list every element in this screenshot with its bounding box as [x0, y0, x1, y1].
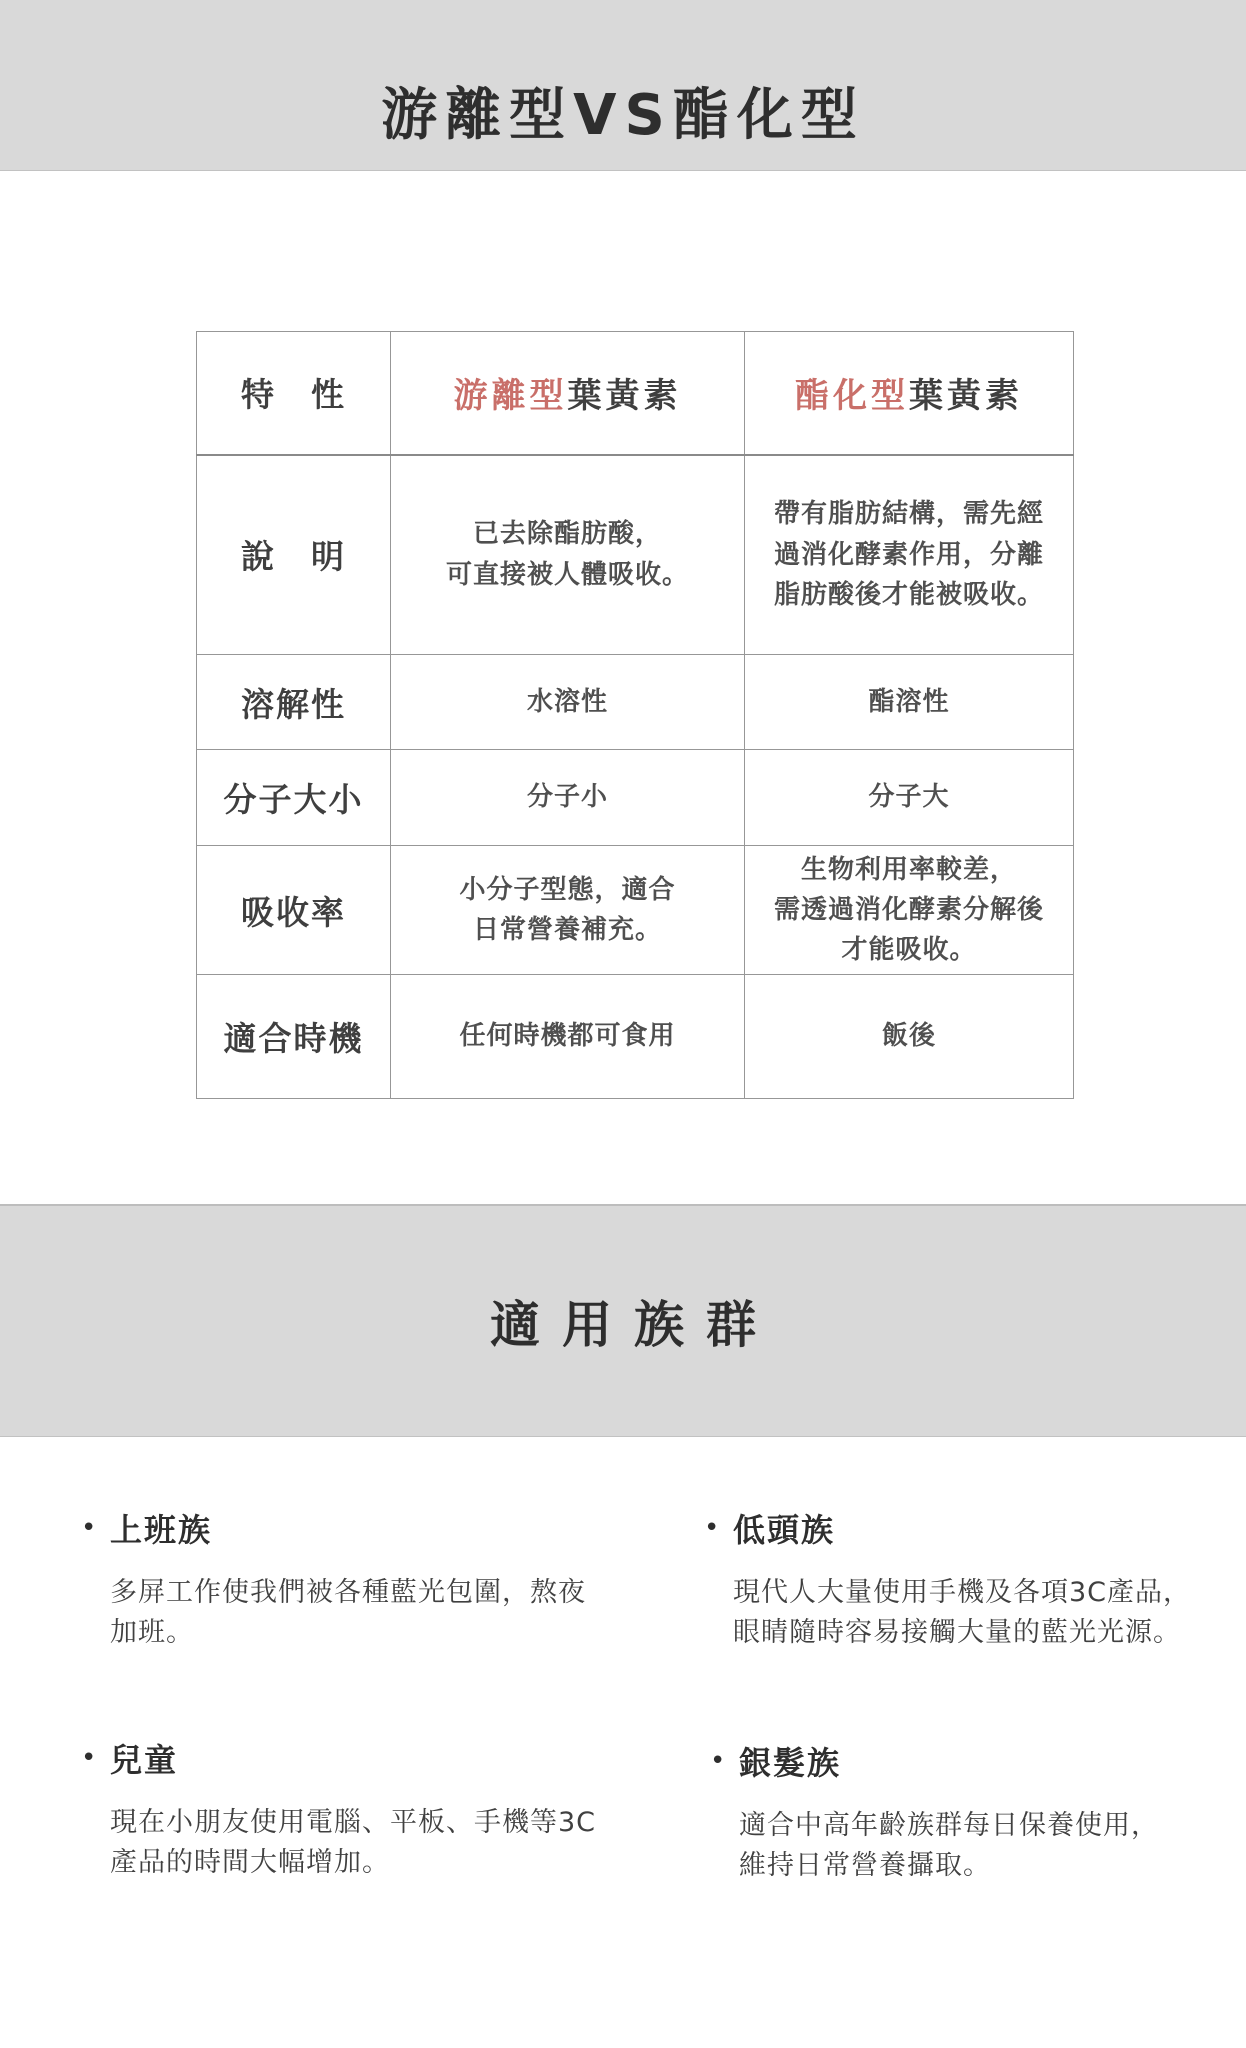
header-ester-form: 酯化型葉黃素: [795, 376, 1023, 416]
cell-ester-solubility: 酯溶性: [868, 687, 949, 717]
bullet-icon: •: [704, 1515, 720, 1541]
header-free-form-highlight: 游離型: [454, 376, 568, 416]
table-header-row: 特 性 游離型葉黃素 酯化型葉黃素: [197, 332, 1074, 455]
header-free-form: 游離型葉黃素: [454, 376, 682, 416]
row-label: 分子大小: [224, 780, 364, 819]
table-row-molecule-size: 分子大小 分子小 分子大: [197, 750, 1074, 846]
row-label: 適合時機: [224, 1019, 364, 1058]
bullet-icon: •: [81, 1745, 97, 1771]
top-title-band: 游離型VS酯化型: [0, 0, 1246, 171]
cell-free-timing: 任何時機都可食用: [459, 1021, 675, 1051]
group-name: 銀髮族: [739, 1738, 841, 1784]
table-row-solubility: 溶解性 水溶性 酯溶性: [197, 655, 1074, 750]
header-ester-form-rest: 葉黃素: [909, 376, 1023, 416]
audience-section-title: 適用族群: [468, 1285, 778, 1357]
comparison-table-wrapper: 特 性 游離型葉黃素 酯化型葉黃素 說 明 已去除酯肪酸， 可直接被人體吸收。 …: [196, 331, 1074, 1099]
table-row-timing: 適合時機 任何時機都可食用 飯後: [197, 975, 1074, 1099]
group-seniors: • 銀髮族 適合中高年齡族群每日保養使用， 維持日常營養攝取。: [710, 1738, 1159, 1886]
cell-free-solubility: 水溶性: [527, 687, 608, 717]
group-description: 適合中高年齡族群每日保養使用， 維持日常營養攝取。: [739, 1806, 1159, 1886]
row-label: 說 明: [241, 537, 346, 576]
header-attribute: 特 性: [241, 375, 346, 414]
header-ester-form-highlight: 酯化型: [795, 376, 909, 416]
table-row-description: 說 明 已去除酯肪酸， 可直接被人體吸收。 帶有脂肪結構，需先經 過消化酵素作用…: [197, 455, 1074, 655]
group-name: 低頭族: [733, 1505, 835, 1551]
row-label: 溶解性: [241, 685, 346, 724]
group-description: 現在小朋友使用電腦、平板、手機等3C 產品的時間大幅增加。: [110, 1803, 596, 1883]
bullet-icon: •: [710, 1748, 726, 1774]
group-name: 上班族: [110, 1505, 212, 1551]
table-row-absorption: 吸收率 小分子型態，適合 日常營養補充。 生物利用率較差， 需透過消化酵素分解後…: [197, 846, 1074, 975]
audience-title-band: 適用族群: [0, 1204, 1246, 1437]
cell-ester-timing: 飯後: [882, 1021, 936, 1051]
cell-ester-absorption: 生物利用率較差， 需透過消化酵素分解後 才能吸收。: [774, 855, 1044, 966]
group-children: • 兒童 現在小朋友使用電腦、平板、手機等3C 產品的時間大幅增加。: [81, 1735, 596, 1883]
cell-ester-molecule: 分子大: [868, 782, 949, 812]
cell-ester-description: 帶有脂肪結構，需先經 過消化酵素作用，分離 脂肪酸後才能被吸收。: [774, 499, 1044, 610]
lutein-infographic-page: { "page": { "main_title": "游離型VS酯化型" }, …: [0, 0, 1246, 2048]
header-free-form-rest: 葉黃素: [568, 376, 682, 416]
page-title: 游離型VS酯化型: [381, 71, 865, 151]
group-phone-users: • 低頭族 現代人大量使用手機及各項3C產品， 眼睛隨時容易接觸大量的藍光光源。: [704, 1505, 1191, 1653]
group-description: 現代人大量使用手機及各項3C產品， 眼睛隨時容易接觸大量的藍光光源。: [733, 1573, 1191, 1653]
cell-free-molecule: 分子小: [527, 782, 608, 812]
cell-free-absorption: 小分子型態，適合 日常營養補充。: [459, 875, 675, 945]
bullet-icon: •: [81, 1515, 97, 1541]
group-description: 多屏工作使我們被各種藍光包圍，熬夜 加班。: [110, 1573, 586, 1653]
row-label: 吸收率: [241, 893, 346, 932]
group-office-workers: • 上班族 多屏工作使我們被各種藍光包圍，熬夜 加班。: [81, 1505, 586, 1653]
comparison-table: 特 性 游離型葉黃素 酯化型葉黃素 說 明 已去除酯肪酸， 可直接被人體吸收。 …: [196, 331, 1074, 1099]
group-name: 兒童: [110, 1735, 178, 1781]
cell-free-description: 已去除酯肪酸， 可直接被人體吸收。: [446, 519, 689, 589]
